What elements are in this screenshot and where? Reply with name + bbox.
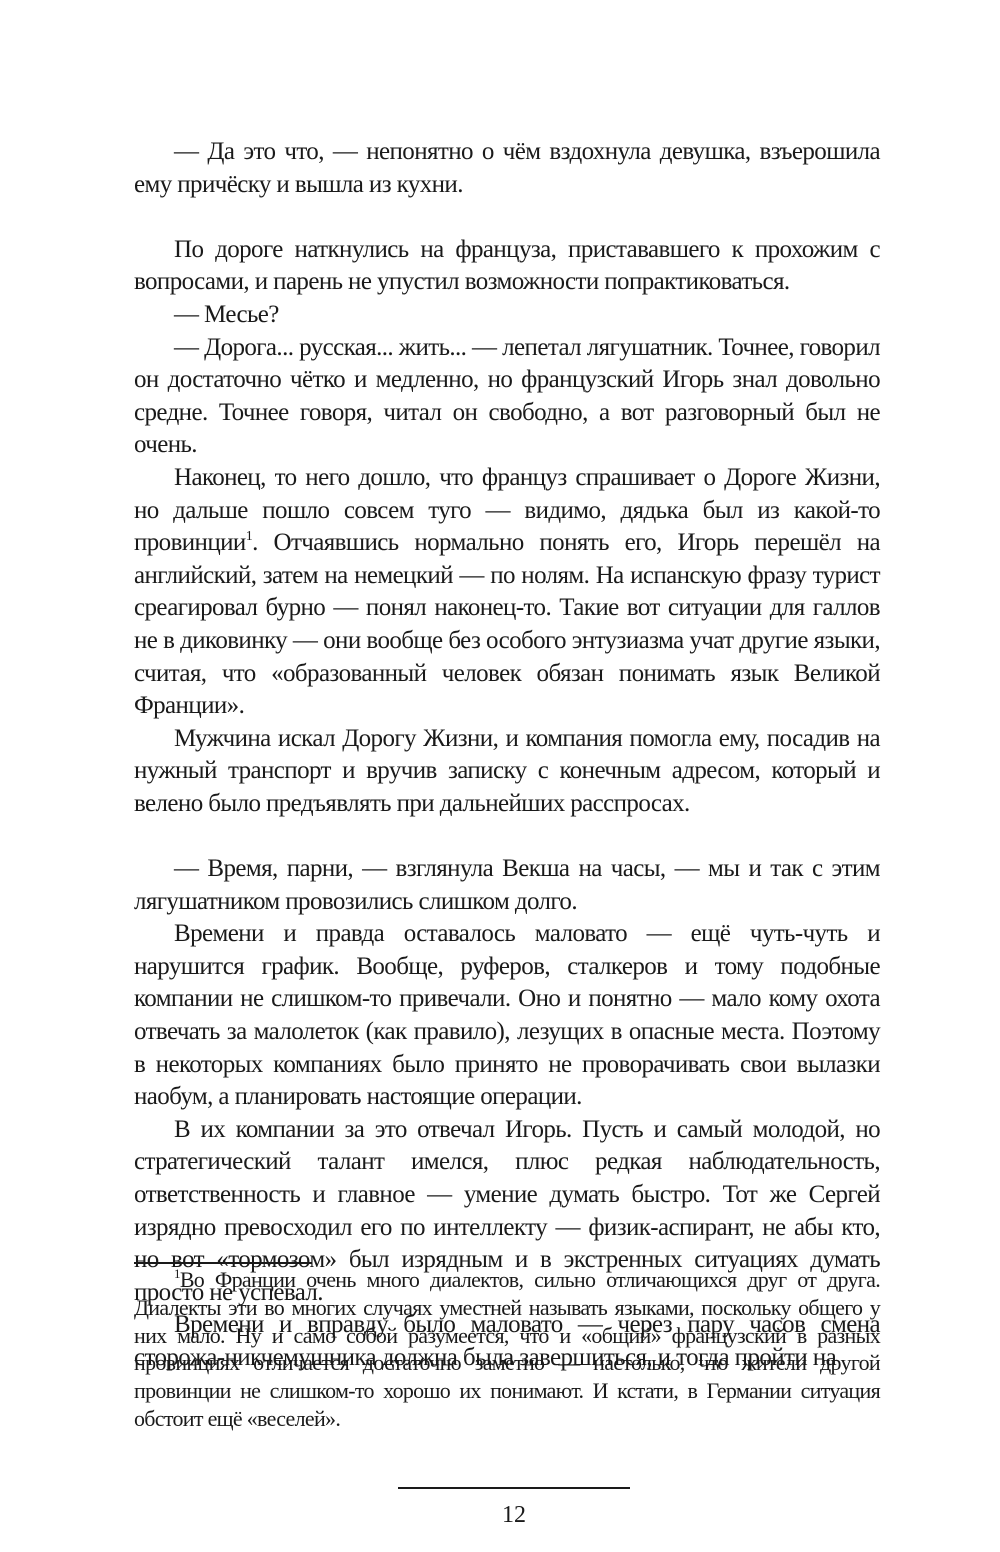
paragraph: — Дорога... русская... жить... — лепетал… [134, 332, 880, 462]
paragraph: Времени и правда оставалось маловато — е… [134, 918, 880, 1114]
body-text: — Да это что, — непонятно о чём вздохнул… [134, 136, 880, 1375]
paragraph: По дороге наткнулись на француза, приста… [134, 234, 880, 299]
page-number-divider [398, 1487, 630, 1489]
footnote-text: Во Франции очень много диалектов, сильно… [134, 1267, 880, 1431]
page-number: 12 [398, 1500, 630, 1530]
footnote: 1Во Франции очень много диалектов, сильн… [134, 1266, 880, 1433]
footnote-divider [134, 1262, 312, 1264]
paragraph-text: . Отчаявшись нормально понять его, Игорь… [134, 529, 880, 719]
paragraph: Мужчина искал Дорогу Жизни, и компания п… [134, 723, 880, 821]
paragraph-with-footnote: Наконец, то него дошло, что француз спра… [134, 462, 880, 723]
paragraph: — Месье? [134, 299, 880, 332]
footnote-paragraph: 1Во Франции очень много диалектов, сильн… [134, 1266, 880, 1433]
paragraph: — Да это что, — непонятно о чём вздохнул… [134, 136, 880, 201]
book-page: — Да это что, — непонятно о чём вздохнул… [0, 0, 1000, 1552]
paragraph: — Время, парни, — взглянула Векша на час… [134, 853, 880, 918]
